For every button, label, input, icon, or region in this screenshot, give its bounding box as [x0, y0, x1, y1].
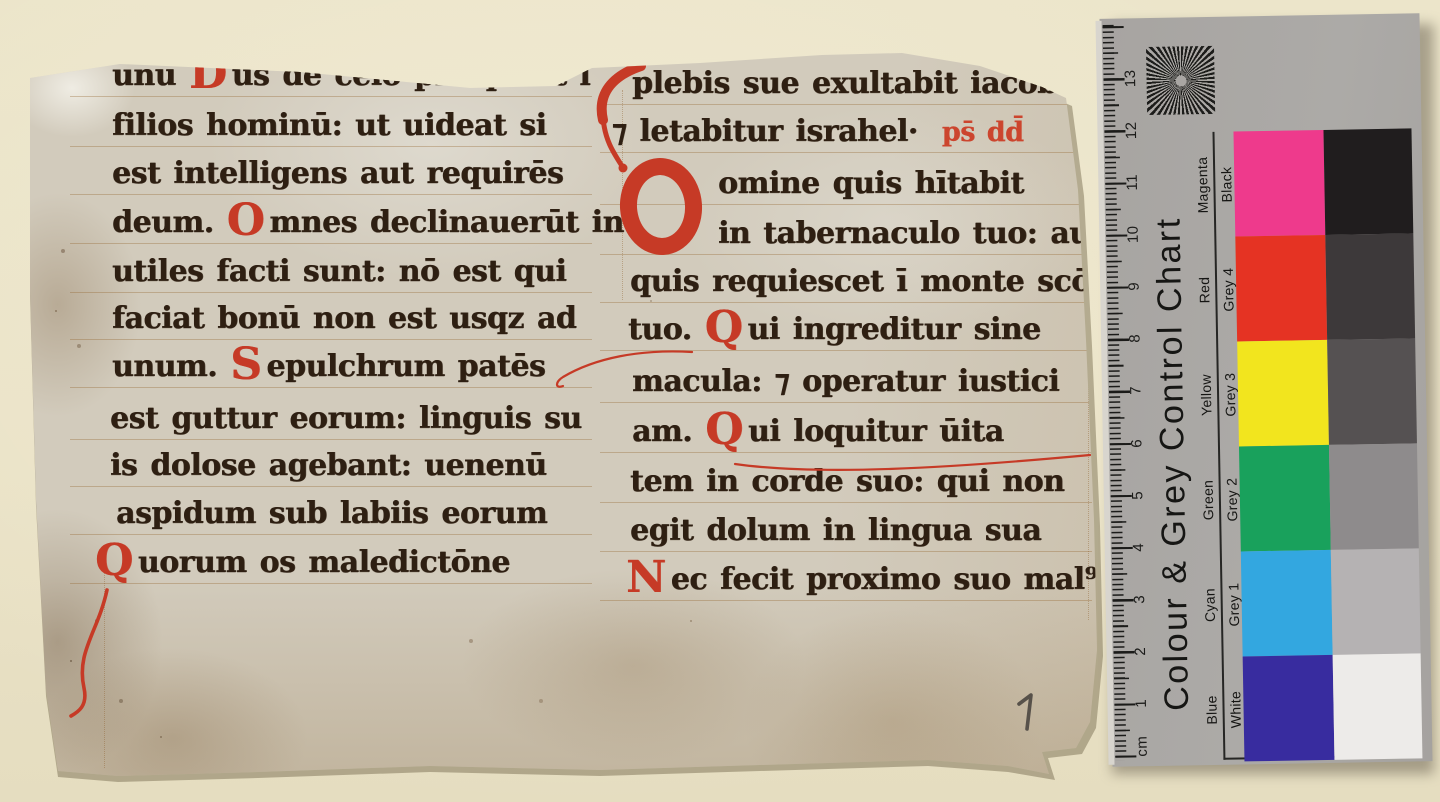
- verse-text: ūs de celo prospexit ī: [232, 58, 591, 93]
- baseline-rule-right-8: [600, 452, 1092, 453]
- left-column-line-8: est guttur eorum: linguis su: [110, 399, 582, 439]
- verse-text: quis requiescet ī monte scō: [630, 264, 1091, 299]
- verse-text: uorum os maledictōne: [138, 545, 510, 580]
- left-column-line-6: faciat bonū non est usqz ad: [112, 299, 576, 339]
- ruler-number-3: 3: [1131, 594, 1148, 603]
- left-column-line-10: aspidum sub labiis eorum: [116, 494, 547, 534]
- patch-black: [1323, 128, 1413, 235]
- baseline-rule-left-3: [70, 194, 592, 195]
- left-column-line-11: Quorum os maledictōne: [95, 543, 510, 583]
- ruler-number-7: 7: [1127, 386, 1144, 395]
- right-column-line-7: macula: ⁊ operatur iustici: [632, 362, 1059, 402]
- verse-end: tuo.: [628, 312, 692, 347]
- baseline-rule-right-9: [600, 502, 1092, 503]
- baseline-rule-left-11: [70, 583, 592, 584]
- label-magenta: Magenta: [1194, 156, 1211, 213]
- patch-red: [1235, 235, 1327, 342]
- right-column-line-8: am.Qui loquitur ūita: [632, 412, 1004, 452]
- baseline-rule-right-6: [600, 350, 1092, 351]
- label-divider-rule: [1212, 132, 1225, 760]
- verse-text: plebis sue exultabit iacob: [632, 66, 1058, 101]
- verse-text: omine quis hītabit: [718, 166, 1024, 201]
- verse-text: epulchrum patēs: [266, 349, 545, 384]
- right-column-line-9: tem in corde suo: qui non: [630, 462, 1064, 502]
- verse-text: ec fecit proximo suo mal⁹: [671, 562, 1097, 597]
- rubricated-initial: Q: [705, 404, 743, 455]
- ruler-number-5: 5: [1129, 490, 1146, 499]
- label-green: Green: [1200, 479, 1217, 520]
- patch-white: [1333, 653, 1423, 760]
- parchment-stains: [0, 0, 2, 2]
- rubricated-initial: N: [626, 552, 666, 603]
- ruler-number-11: 11: [1124, 174, 1141, 191]
- baseline-rule-left-2: [70, 146, 592, 147]
- patch-magenta: [1233, 130, 1325, 237]
- ruler-unit-label: cm: [1134, 736, 1151, 757]
- verse-end: am.: [632, 414, 692, 449]
- left-column-line-5: utiles facti sunt: nō est qui: [112, 252, 566, 292]
- baseline-rule-left-7: [70, 387, 592, 388]
- label-white: White: [1227, 690, 1244, 728]
- baseline-rule-right-11: [600, 600, 1092, 601]
- rubricated-initial: O: [227, 195, 265, 246]
- label-red: Red: [1196, 276, 1212, 303]
- ruler-number-13: 13: [1122, 69, 1139, 87]
- verse-text: ui ingreditur sine: [747, 312, 1040, 347]
- label-yellow: Yellow: [1198, 374, 1215, 416]
- verse-text: tem in corde suo: qui non: [630, 464, 1064, 499]
- rubricated-initial: S: [230, 339, 261, 390]
- verse-text: est intelligens aut requirēs: [112, 156, 563, 191]
- verse-end: deum.: [112, 205, 214, 240]
- patch-blue: [1243, 655, 1335, 762]
- ruler-number-1: 1: [1133, 699, 1150, 708]
- ruler-number-8: 8: [1127, 334, 1144, 343]
- right-column-line-6: tuo.Qui ingreditur sine: [628, 310, 1041, 350]
- patch-cyan: [1241, 550, 1333, 657]
- baseline-rule-right-10: [600, 551, 1092, 552]
- baseline-rule-left-8: [70, 439, 592, 440]
- baseline-rule-left-1: [70, 96, 592, 97]
- ruler-number-4: 4: [1130, 542, 1147, 551]
- psalm-rubric: ps̄ dd̄: [942, 117, 1024, 148]
- verse-end: unū: [112, 58, 176, 93]
- baseline-rule-left-4: [70, 243, 592, 244]
- verse-text: macula: ⁊ operatur iustici: [632, 364, 1059, 399]
- label-grey-4: Grey 4: [1220, 267, 1237, 311]
- ruler-number-10: 10: [1125, 225, 1142, 243]
- right-column-line-2: ⁊ letabitur israhel·ps̄ dd̄: [612, 112, 1023, 153]
- left-column-line-2: filios hominū: ut uideat si: [112, 106, 546, 146]
- illuminated-initial-D: [617, 155, 706, 257]
- verse-text: in tabernaculo tuo: aut: [718, 216, 1104, 251]
- verse-text: faciat bonū non est usqz ad: [112, 301, 576, 336]
- label-blue: Blue: [1203, 695, 1220, 725]
- verse-text: aspidum sub labiis eorum: [116, 496, 547, 531]
- patch-grey-1: [1331, 548, 1421, 655]
- baseline-rule-right-5: [600, 302, 1092, 303]
- right-column-line-3: omine quis hītabit: [718, 164, 1024, 204]
- left-column-line-3: est intelligens aut requirēs: [112, 154, 563, 194]
- siemens-star-icon: [1146, 46, 1215, 115]
- patch-green: [1239, 445, 1331, 552]
- baseline-rule-left-9: [70, 486, 592, 487]
- ruler-numbers: 12345678910111213: [1099, 13, 1419, 19]
- right-column-line-5: quis requiescet ī monte scō: [630, 262, 1091, 302]
- verse-text: filios hominū: ut uideat si: [112, 108, 546, 143]
- verse-text: is dolose agebant: uenenū: [110, 448, 547, 483]
- baseline-rule-right-7: [600, 402, 1092, 403]
- rubricated-initial: D: [189, 48, 227, 99]
- label-cyan: Cyan: [1201, 587, 1218, 621]
- patch-grey-2: [1329, 443, 1419, 550]
- label-grey-1: Grey 1: [1225, 582, 1242, 626]
- verse-text: mnes declinauerūt in: [269, 205, 623, 240]
- label-black: Black: [1218, 166, 1235, 202]
- left-column-line-4: deum.Omnes declinauerūt in: [112, 203, 624, 243]
- patch-grey-3: [1327, 338, 1417, 445]
- verse-text: utiles facti sunt: nō est qui: [112, 254, 566, 289]
- verse-text: est guttur eorum: linguis su: [110, 401, 582, 436]
- ruler-number-12: 12: [1123, 121, 1140, 139]
- verse-end: unum.: [112, 349, 217, 384]
- left-column-line-1: unūDūs de celo prospexit ī: [112, 56, 590, 96]
- patch-grey-4: [1325, 233, 1415, 340]
- baseline-rule-left-5: [70, 292, 592, 293]
- baseline-rule-left-10: [70, 534, 592, 535]
- chart-title: Colour & Grey Control Chart: [1149, 216, 1197, 711]
- right-column-line-4: in tabernaculo tuo: aut: [718, 214, 1104, 254]
- ruler-number-9: 9: [1126, 282, 1143, 291]
- verse-text: ui loquitur ūita: [748, 414, 1004, 449]
- right-column-line-11: Nec fecit proximo suo mal⁹: [626, 560, 1097, 600]
- patch-yellow: [1237, 340, 1329, 447]
- baseline-rule-right-1: [600, 104, 1092, 105]
- verse-text: egit dolum in lingua sua: [630, 513, 1041, 548]
- label-grey-2: Grey 2: [1224, 477, 1241, 521]
- right-column-line-10: egit dolum in lingua sua: [630, 511, 1041, 551]
- baseline-rule-left-6: [70, 339, 592, 340]
- ruler-number-6: 6: [1128, 438, 1145, 447]
- label-grey-3: Grey 3: [1222, 372, 1239, 416]
- left-column-line-7: unum.Sepulchrum patēs: [112, 347, 545, 387]
- ruler-number-2: 2: [1132, 647, 1149, 656]
- vertical-rule-1: [104, 560, 105, 768]
- rubricated-initial: Q: [95, 535, 133, 586]
- color-swatches: MagentaBlackRedGrey 4YellowGrey 3GreenGr…: [1099, 13, 1419, 19]
- rubricated-initial: Q: [705, 302, 743, 353]
- left-column-line-9: is dolose agebant: uenenū: [110, 446, 547, 486]
- photograph-stage: unūDūs de celo prospexit īfilios hominū:…: [0, 0, 1440, 802]
- right-column-line-1: plebis sue exultabit iacob: [632, 64, 1058, 104]
- verse-text: ⁊ letabitur israhel·: [612, 114, 918, 149]
- baseline-rule-right-4: [600, 254, 1092, 255]
- color-control-chart: 12345678910111213 cm Colour & Grey Contr…: [1099, 13, 1432, 766]
